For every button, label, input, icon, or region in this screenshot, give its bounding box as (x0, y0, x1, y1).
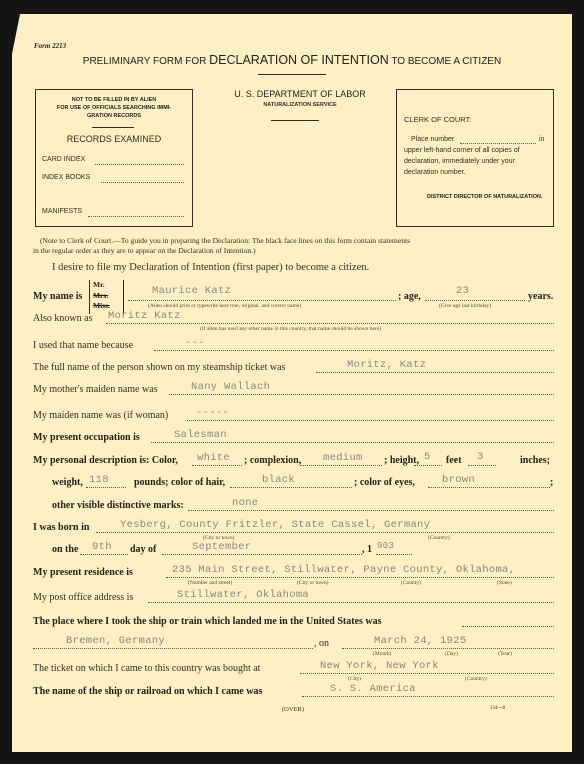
departure-place-field[interactable]: Bremen, Germany (66, 635, 165, 647)
birth-month-field[interactable]: September (192, 541, 251, 553)
ticket-city-hint: (City) (348, 676, 361, 682)
ship-field[interactable]: S. S. America (330, 683, 416, 695)
post-office-field[interactable]: Stillwater, Oklahoma (177, 589, 309, 601)
birth-year-prefix: , 1 (362, 544, 372, 555)
clerk-line3: declaration, immediately under your (404, 158, 515, 165)
note-line1: (Note to Clerk of Court.—To guide you in… (40, 236, 410, 245)
residence-city-hint: (City or town) (297, 580, 328, 586)
name-line (128, 300, 396, 301)
ship-line (302, 696, 554, 697)
birth-day-line (80, 554, 128, 555)
name-hint: (Alien should print or typewrite here tr… (148, 303, 301, 309)
birthplace-field[interactable]: Yesberg, County Fritzler, State Cassel, … (120, 519, 430, 531)
weight-field[interactable]: 118 (89, 474, 109, 486)
index-books-field[interactable] (101, 182, 184, 183)
aka-label: Also known as (33, 313, 92, 324)
feet-field[interactable]: 5 (424, 451, 431, 463)
born-line (96, 532, 554, 533)
color-field[interactable]: white (197, 452, 230, 464)
title-mr[interactable]: Mr. (90, 280, 123, 291)
over-indicator: (OVER) (282, 706, 304, 713)
departure-year-hint: (Year) (498, 651, 512, 657)
age-line (425, 300, 525, 301)
maiden-name-line (187, 420, 554, 421)
mother-maiden-line (169, 394, 554, 395)
eyes-field[interactable]: brown (442, 474, 475, 486)
ticket-line (300, 673, 554, 674)
hair-field[interactable]: black (262, 474, 295, 486)
on-the-label: on the (52, 544, 78, 555)
ticket-country-hint: (Country) (465, 676, 487, 682)
title-suffix: TO BECOME A CITIZEN (391, 56, 501, 67)
description-label: My personal description is: Color, (33, 455, 178, 466)
age-field[interactable]: 23 (456, 285, 469, 297)
mother-maiden-label: My mother's maiden name was (33, 384, 158, 395)
marks-label: other visible distinctive marks: (52, 500, 184, 511)
eyes-label: ; color of eyes, (354, 477, 415, 488)
records-notice: NOT TO BE FILLED IN BY ALIEN FOR USE OF … (37, 96, 191, 120)
complexion-label: ; complexion, (244, 455, 301, 466)
occupation-label: My present occupation is (33, 432, 140, 443)
post-office-line (148, 602, 554, 603)
name-field[interactable]: Maurice Katz (152, 285, 231, 297)
folded-corner (12, 14, 20, 54)
ticket-field[interactable]: New York, New York (320, 660, 439, 672)
residence-label: My present residence is (33, 567, 133, 578)
ticket-label: The ticket on which I came to this count… (33, 663, 260, 674)
departure-on-label: , on (314, 638, 329, 649)
eyes-end: ; (550, 477, 553, 488)
inches-line (468, 465, 496, 466)
residence-state-hint: (State) (497, 580, 512, 586)
card-index-label: CARD INDEX (42, 156, 85, 163)
clerk-heading: CLERK OF COURT: (404, 115, 471, 124)
department-service: NATURALIZATION SERVICE (195, 102, 405, 108)
day-of-label: day of (130, 544, 156, 555)
marks-line (188, 510, 554, 511)
color-line (192, 465, 242, 466)
manifests-label: MANIFESTS (42, 208, 82, 215)
occupation-line (151, 442, 554, 443)
complexion-line (300, 465, 382, 466)
place-number-field[interactable] (460, 143, 536, 144)
residence-field[interactable]: 235 Main Street, Stillwater, Payne Count… (172, 564, 515, 576)
birth-year-field[interactable]: 903 (377, 541, 394, 551)
steamship-name-label: The full name of the person shown on my … (33, 362, 285, 373)
feet-line (414, 465, 442, 466)
used-because-line (154, 350, 554, 351)
eyes-line (428, 487, 550, 488)
maiden-name-field[interactable]: ----- (196, 407, 229, 419)
post-office-label: My post office address is (33, 592, 133, 603)
used-because-label: I used that name because (33, 340, 133, 351)
marks-field[interactable]: none (232, 497, 258, 509)
ship-label: The name of the ship or railroad on whic… (33, 686, 262, 697)
departure-place-line (33, 648, 313, 649)
aka-field[interactable]: Moritz Katz (108, 310, 181, 322)
records-heading: RECORDS EXAMINED (37, 134, 191, 144)
departure-label: The place where I took the ship or train… (33, 616, 382, 627)
title-selector[interactable]: Mr. Mrs. Miss. (89, 280, 124, 314)
aka-line (106, 323, 554, 324)
title-divider (258, 74, 326, 75)
departure-date-line (342, 648, 554, 649)
born-label: I was born in (33, 522, 89, 533)
department-name: U. S. DEPARTMENT OF LABOR (195, 89, 405, 99)
index-books-label: INDEX BOOKS (42, 174, 90, 181)
occupation-field[interactable]: Salesman (174, 429, 227, 441)
departure-day-hint: (Day) (445, 651, 458, 657)
inches-field[interactable]: 3 (477, 451, 484, 463)
title-mrs[interactable]: Mrs. (90, 291, 123, 302)
weight-label: weight, (52, 477, 83, 488)
pounds-hair-label: pounds; color of hair, (134, 477, 225, 488)
manifests-field[interactable] (88, 216, 184, 217)
birth-year-line (376, 554, 412, 555)
records-divider (92, 127, 134, 128)
hair-line (230, 487, 352, 488)
weight-line (86, 487, 126, 488)
departure-line-1 (462, 626, 554, 627)
title-main: DECLARATION OF INTENTION (209, 53, 389, 67)
steamship-name-line (316, 372, 554, 373)
residence-line (166, 577, 554, 578)
birth-day-field[interactable]: 9th (92, 541, 112, 553)
feet-label: feet (446, 455, 462, 466)
form-code: 134—8 (490, 706, 505, 711)
clerk-line2: upper left-hand corner of all copies of (404, 147, 547, 154)
birth-month-line (162, 554, 362, 555)
used-because-field[interactable]: --- (185, 337, 205, 349)
born-country-hint: (Country) (428, 535, 450, 541)
inches-label: inches; (520, 455, 550, 466)
age-hint: (Give age last birthday) (439, 303, 491, 309)
clerk-line1-a: Place number (411, 136, 454, 143)
steamship-name-field[interactable]: Moritz, Katz (347, 359, 426, 371)
residence-county-hint: (County) (401, 580, 421, 586)
mother-maiden-field[interactable]: Nany Wallach (191, 381, 270, 393)
years-label: years. (528, 291, 553, 302)
note-line2: in the regular order as they are to appe… (33, 246, 256, 255)
departure-month-hint: (Month) (373, 651, 391, 657)
age-label: ; age, (398, 291, 421, 302)
residence-street-hint: (Number and street) (188, 580, 232, 586)
complexion-field[interactable]: medium (323, 452, 363, 464)
clerk-line4: declaration number. (404, 169, 465, 176)
form-number: Form 2213 (34, 42, 66, 50)
intro-statement: I desire to file my Declaration of Inten… (52, 262, 369, 273)
clerk-signature: DISTRICT DIRECTOR OF NATURALIZATION. (427, 194, 543, 200)
name-label: My name is (33, 291, 82, 302)
aka-hint: (If alien has used any other name in thi… (200, 326, 381, 332)
clerk-line1-b: in (539, 136, 544, 143)
departure-date-field[interactable]: March 24, 1925 (374, 635, 466, 647)
maiden-name-label: My maiden name was (if woman) (33, 410, 168, 421)
form-title: PRELIMINARY FORM FOR DECLARATION OF INTE… (0, 53, 584, 67)
department-divider (271, 120, 319, 121)
title-prefix: PRELIMINARY FORM FOR (83, 56, 207, 67)
card-index-field[interactable] (95, 164, 184, 165)
